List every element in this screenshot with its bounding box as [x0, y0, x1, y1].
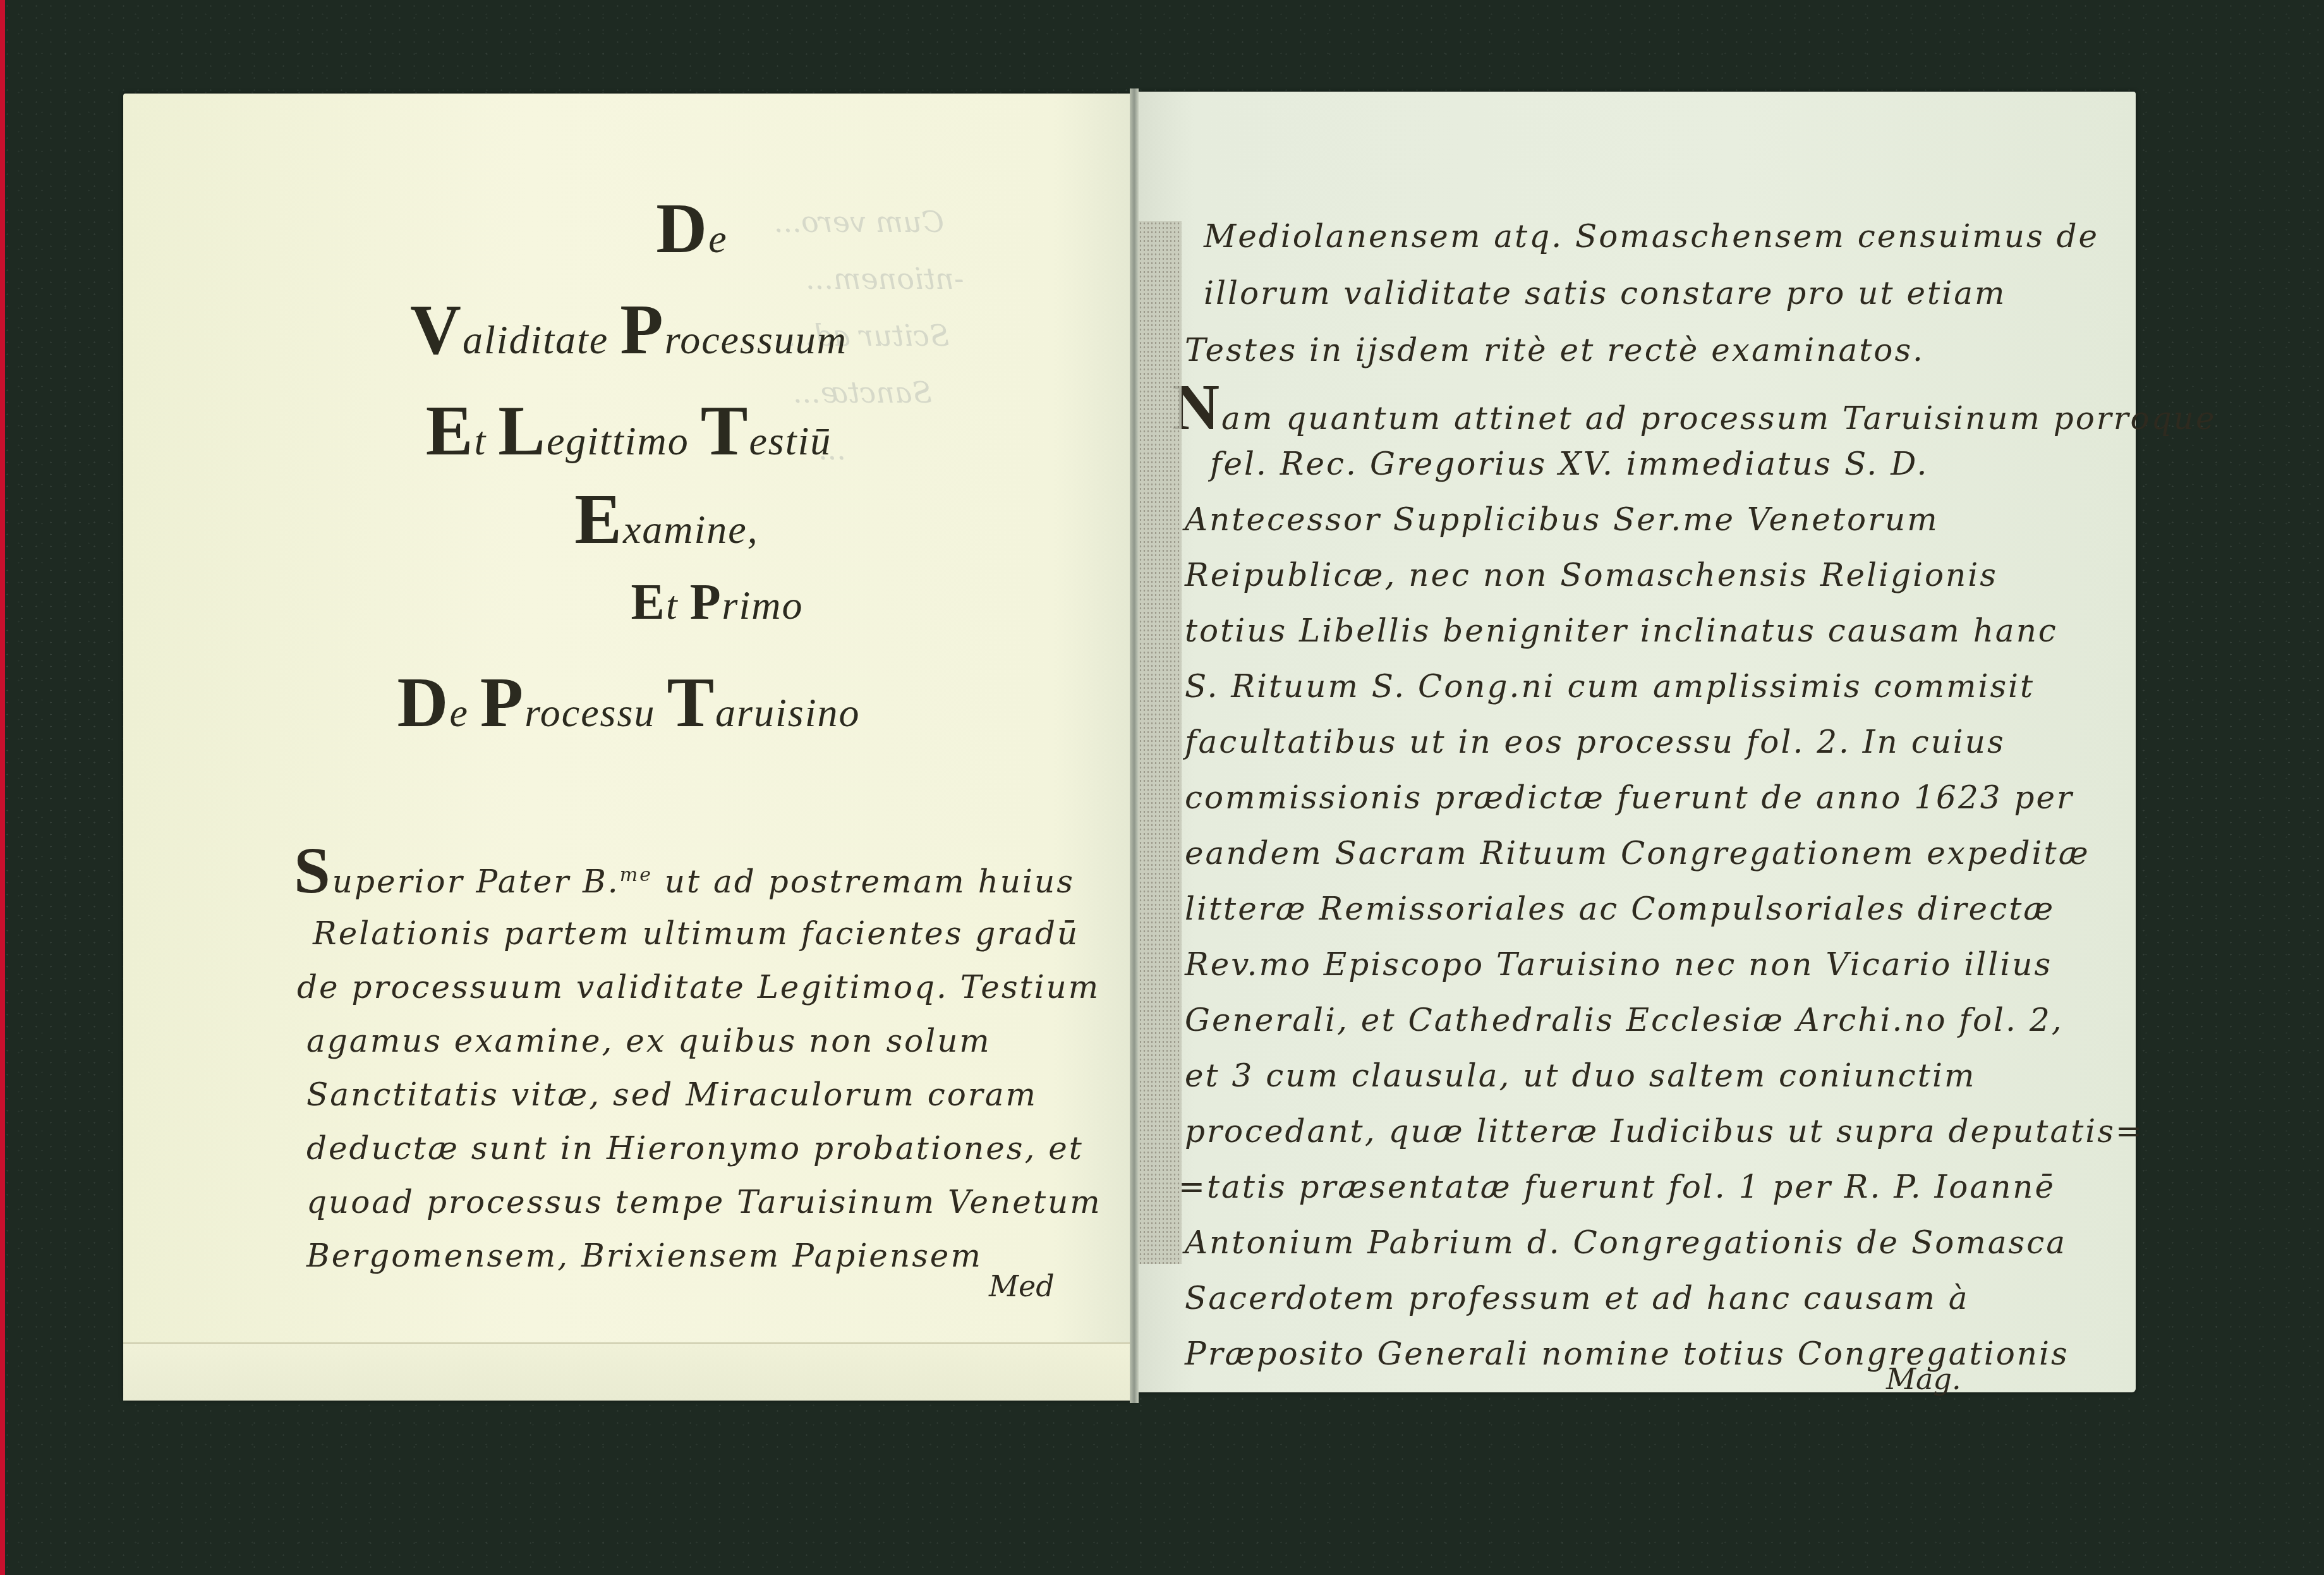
title-line-3: Et Legittimo Testiū	[123, 391, 1134, 472]
book-gutter	[1130, 88, 1139, 1403]
right-body-line: eandem Sacram Rituum Congregationem expe…	[1185, 835, 2090, 872]
left-body-line-1: Superior Pater B.me ut ad postremam huiu…	[294, 833, 1075, 908]
title-line-4: Examine,	[123, 479, 1172, 561]
title-line-5: Et Primo	[123, 574, 1223, 631]
right-body-line: fel. Rec. Gregorius XV. immediatus S. D.	[1210, 446, 1928, 482]
right-body-line: et 3 cum clausula, ut duo saltem coniunc…	[1185, 1057, 1976, 1094]
right-body-line: procedant, quæ litteræ Iudicibus ut supr…	[1185, 1113, 2144, 1150]
right-body-line: S. Rituum S. Cong.ni cum amplissimis com…	[1185, 668, 2035, 705]
right-body-line: Antecessor Supplicibus Ser.me Venetorum	[1185, 501, 1939, 538]
scan-edge-strip	[0, 0, 5, 1575]
left-page: Cum vero... -ntionem... Scitur ad... San…	[123, 94, 1134, 1401]
right-body-line: Mediolanensem atq. Somaschensem censuimu…	[1204, 218, 2099, 255]
drop-initial: S	[294, 834, 332, 907]
left-body-line: Relationis partem ultimum facientes grad…	[313, 915, 1079, 952]
right-body-line: Rev.mo Episcopo Taruisino nec non Vicari…	[1185, 946, 2052, 983]
title-line-2: Validitate Processuum	[123, 289, 1134, 371]
right-body-line: totius Libellis benigniter inclinatus ca…	[1185, 612, 2058, 649]
title-line-6: De Processu Taruisino	[123, 662, 1134, 744]
left-body-line: quoad processus tempe Taruisinum Venetum	[306, 1184, 1102, 1220]
right-page: Mediolanensem atq. Somaschensem censuimu…	[1134, 92, 2136, 1392]
right-body-line-initial: Nam quantum attinet ad processum Taruisi…	[1172, 370, 2217, 445]
right-body-line: Sacerdotem professum et ad hanc causam à	[1185, 1280, 1970, 1317]
binding-strip	[1139, 221, 1182, 1264]
title-line-1: De	[123, 188, 1197, 270]
catchword: Med	[989, 1269, 1055, 1303]
left-body-line: Sanctitatis vitæ, sed Miraculorum coram	[306, 1076, 1038, 1113]
right-body-line: Antonium Pabrium d. Congregationis de So…	[1185, 1224, 2067, 1261]
right-body-line: Reipublicæ, nec non Somaschensis Religio…	[1185, 557, 1998, 593]
right-body-line: litteræ Remissoriales ac Compulsoriales …	[1185, 891, 2055, 927]
right-body-line: facultatibus ut in eos processu fol. 2. …	[1185, 724, 2006, 760]
left-body-line: agamus examine, ex quibus non solum	[306, 1023, 991, 1059]
right-body-line: illorum validitate satis constare pro ut…	[1204, 275, 2006, 312]
right-body-line: Generali, et Cathedralis Ecclesiæ Archi.…	[1185, 1002, 2064, 1038]
page-fold-edge	[123, 1342, 1134, 1401]
left-body-line: Bergomensem, Brixiensem Papiensem	[306, 1237, 983, 1274]
right-body-line: commissionis prædictæ fuerunt de anno 16…	[1185, 779, 2074, 816]
left-body-line: de processuum validitate Legitimoq. Test…	[297, 969, 1100, 1006]
catchword: Mag.	[1886, 1362, 1961, 1396]
right-body-line: =tatis præsentatæ fuerunt fol. 1 per R. …	[1178, 1169, 2055, 1205]
left-body-line: deductæ sunt in Hieronymo probationes, e…	[306, 1130, 1084, 1167]
right-body-line: Testes in ijsdem ritè et rectè examinato…	[1185, 332, 1925, 368]
